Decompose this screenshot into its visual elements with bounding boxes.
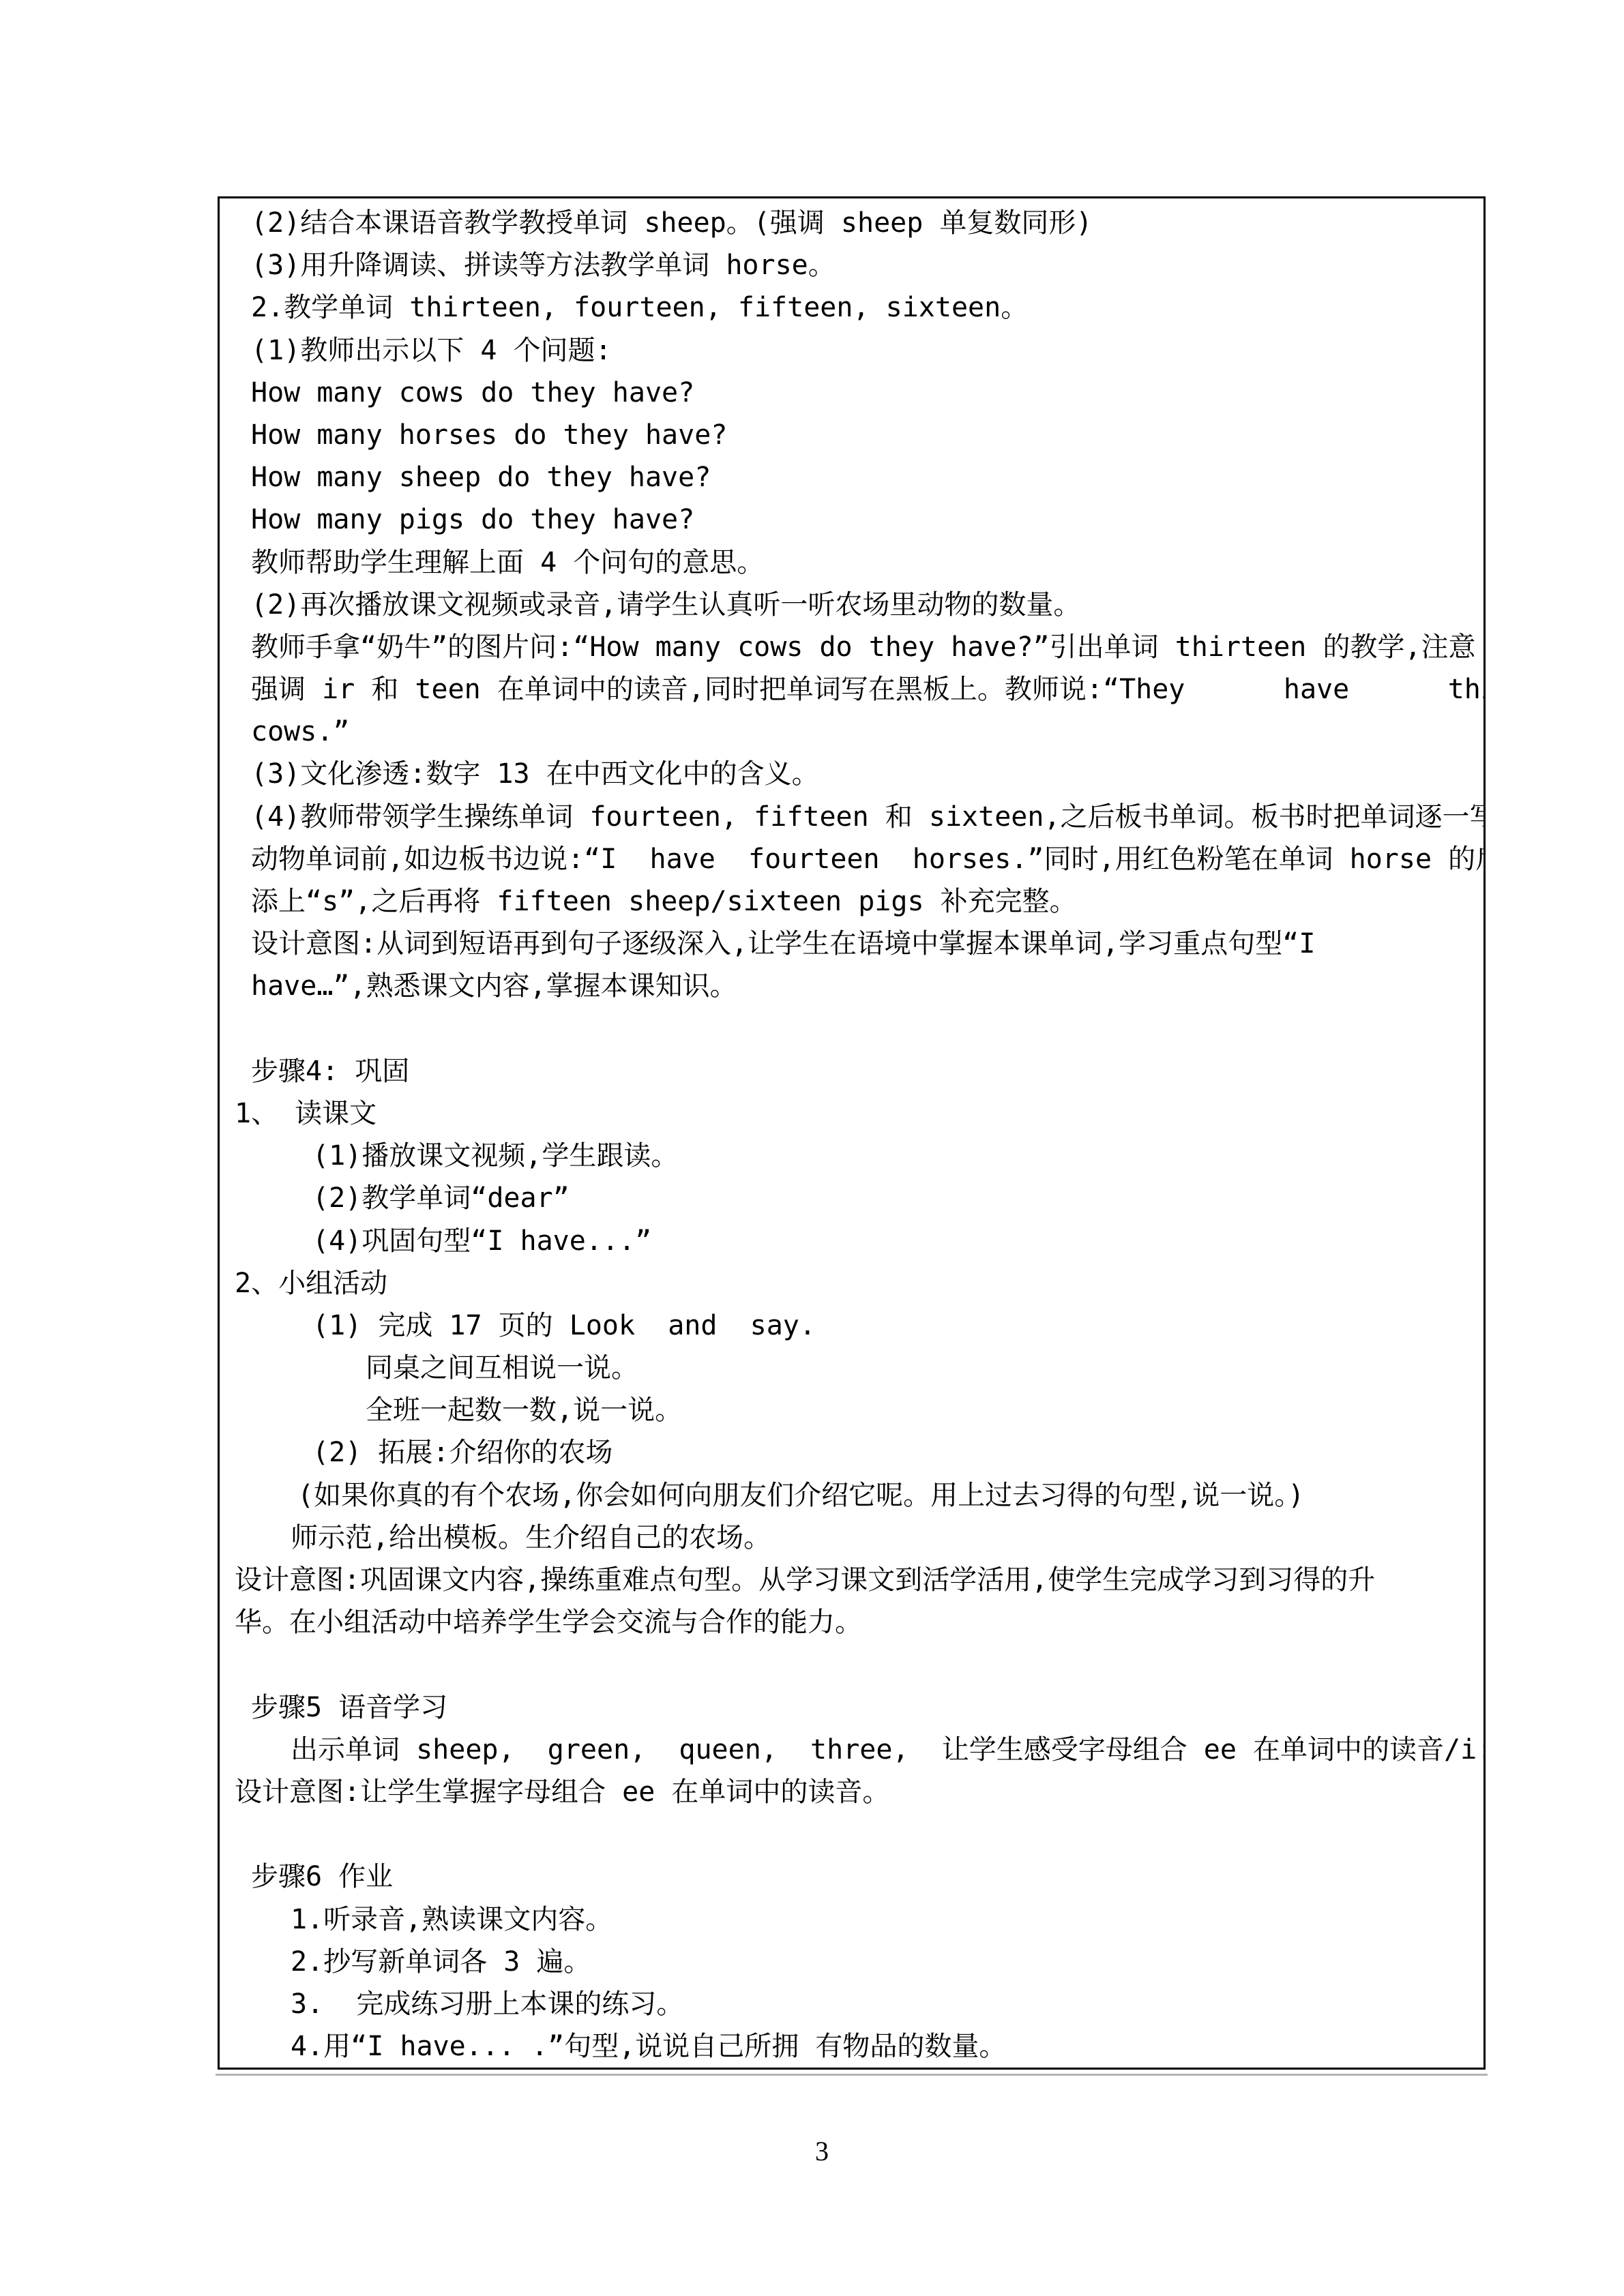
text-line: have…”,熟悉课文内容,掌握本课知识。	[220, 965, 1483, 1007]
text-line: (2)结合本课语音教学教授单词 sheep。(强调 sheep 单复数同形)	[220, 202, 1483, 244]
text-line: 设计意图:从词到短语再到句子逐级深入,让学生在语境中掌握本课单词,学习重点句型“…	[220, 923, 1483, 965]
text-line: 设计意图:巩固课文内容,操练重难点句型。从学习课文到活学活用,使学生完成学习到习…	[220, 1559, 1483, 1601]
text-line: 设计意图:让学生掌握字母组合 ee 在单词中的读音。	[220, 1771, 1483, 1813]
text-line: 教师手拿“奶牛”的图片问:“How many cows do they have…	[220, 626, 1483, 668]
table-border-shadow	[216, 2074, 1488, 2076]
text-line: 师示范,给出模板。生介绍自己的农场。	[220, 1517, 1483, 1559]
text-line: 出示单词 sheep, green, queen, three, 让学生感受字母…	[220, 1729, 1483, 1771]
text-line: (2)教学单词“dear”	[220, 1177, 1483, 1219]
text-line: How many sheep do they have?	[220, 456, 1483, 498]
text-line: 3. 完成练习册上本课的练习。	[220, 1983, 1483, 2025]
text-line	[220, 1643, 1483, 1686]
page-number: 3	[815, 2136, 829, 2166]
text-line: (3)文化渗透:数字 13 在中西文化中的含义。	[220, 753, 1483, 795]
text-line: 2.教学单词 thirteen, fourteen, fifteen, sixt…	[220, 286, 1483, 329]
text-line: 全班一起数一数,说一说。	[220, 1389, 1483, 1431]
text-line: 教师帮助学生理解上面 4 个问句的意思。	[220, 541, 1483, 584]
text-line: 1、 读课文	[220, 1092, 1483, 1135]
text-line: cows.”	[220, 711, 1483, 753]
text-line: 步骤4: 巩固	[220, 1050, 1483, 1092]
text-line: (4)教师带领学生操练单词 fourteen, fifteen 和 sixtee…	[220, 796, 1483, 838]
text-line: How many cows do they have?	[220, 372, 1483, 414]
text-line: 强调 ir 和 teen 在单词中的读音,同时把单词写在黑板上。教师说:“The…	[220, 668, 1483, 711]
text-line: (4)巩固句型“I have...”	[220, 1220, 1483, 1262]
text-line	[220, 1008, 1483, 1050]
text-line: 同桌之间互相说一说。	[220, 1347, 1483, 1389]
text-line: 4.用“I have... .”句型,说说自己所拥 有物品的数量。	[220, 2025, 1483, 2068]
text-line: 添上“s”,之后再将 fifteen sheep/sixteen pigs 补充…	[220, 880, 1483, 923]
text-line: How many pigs do they have?	[220, 498, 1483, 541]
text-line: 动物单词前,如边板书边说:“I have fourteen horses.”同时…	[220, 838, 1483, 880]
text-line: 步骤6 作业	[220, 1855, 1483, 1898]
text-line: (1)播放课文视频,学生跟读。	[220, 1135, 1483, 1177]
text-line: 步骤5 语音学习	[220, 1686, 1483, 1729]
text-line: (如果你真的有个农场,你会如何向朋友们介绍它呢。用上过去习得的句型,说一说。)	[220, 1474, 1483, 1517]
text-line: 1.听录音,熟读课文内容。	[220, 1898, 1483, 1941]
lesson-plan-table: (2)结合本课语音教学教授单词 sheep。(强调 sheep 单复数同形)(3…	[218, 196, 1486, 2070]
text-line	[220, 1813, 1483, 1855]
text-line: (2) 拓展:介绍你的农场	[220, 1431, 1483, 1474]
text-line: (1) 完成 17 页的 Look and say.	[220, 1304, 1483, 1347]
text-line: 2、小组活动	[220, 1262, 1483, 1304]
text-line: 华。在小组活动中培养学生学会交流与合作的能力。	[220, 1601, 1483, 1643]
text-line: 2.抄写新单词各 3 遍。	[220, 1941, 1483, 1983]
text-line: How many horses do they have?	[220, 414, 1483, 456]
text-line: (1)教师出示以下 4 个问题:	[220, 329, 1483, 372]
text-line: (3)用升降调读、拼读等方法教学单词 horse。	[220, 244, 1483, 286]
text-line: (2)再次播放课文视频或录音,请学生认真听一听农场里动物的数量。	[220, 584, 1483, 626]
